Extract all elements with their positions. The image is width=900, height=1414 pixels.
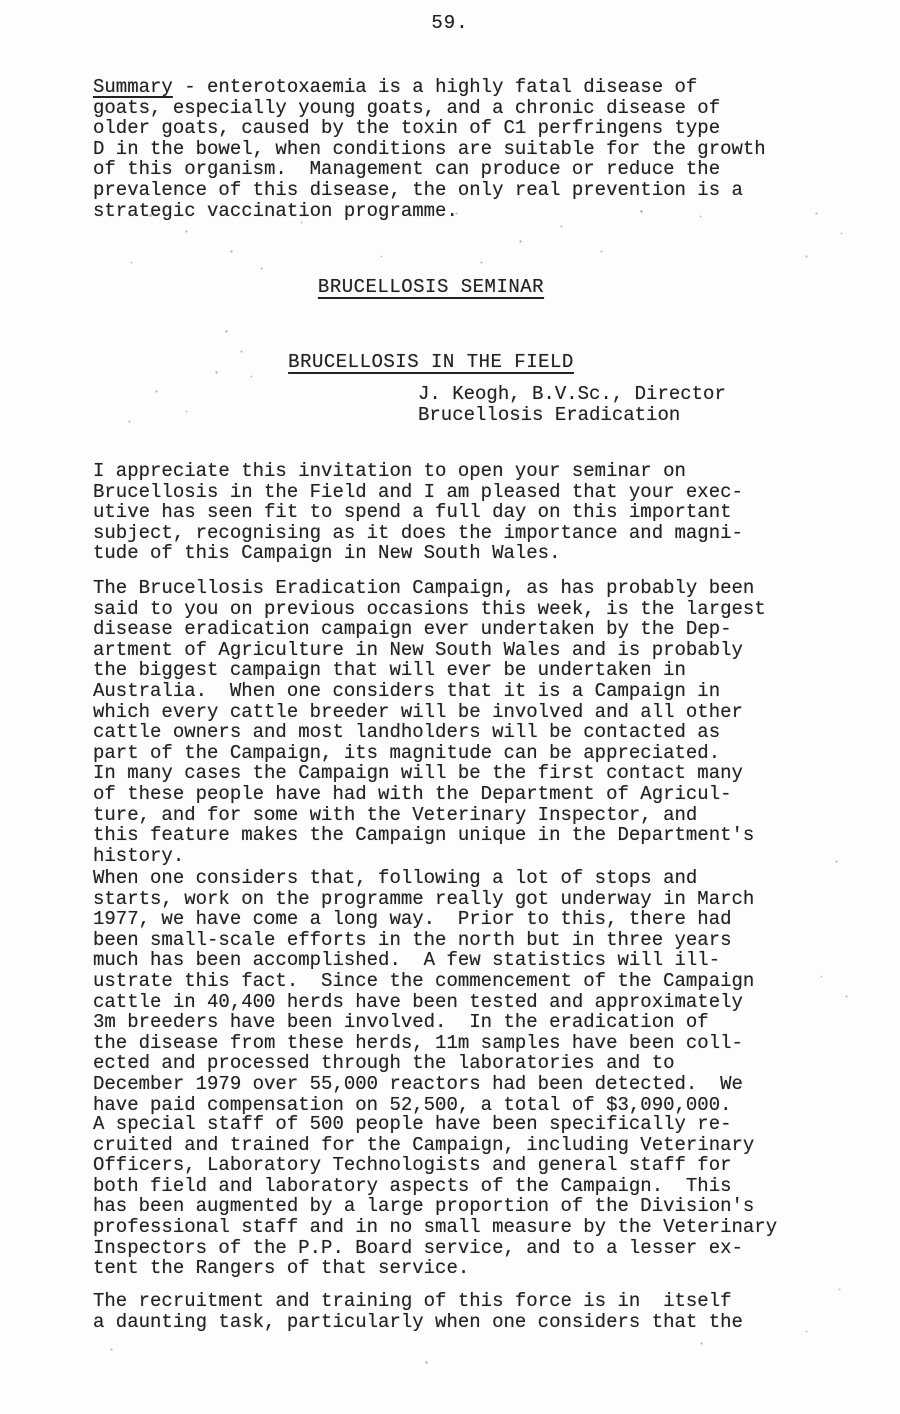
- paragraph-5: The recruitment and training of this for…: [93, 1291, 743, 1332]
- author-byline: J. Keogh, B.V.Sc., Director Brucellosis …: [418, 384, 726, 425]
- paragraph-3: When one considers that, following a lot…: [93, 868, 754, 1115]
- scan-speckle-noise: [0, 0, 1, 1]
- paragraph-1: I appreciate this invitation to open you…: [93, 461, 743, 564]
- document-page: 59. Summary - enterotoxaemia is a highly…: [0, 0, 900, 1414]
- seminar-heading-text: BRUCELLOSIS SEMINAR: [318, 276, 544, 298]
- field-heading: BRUCELLOSIS IN THE FIELD: [93, 352, 769, 373]
- seminar-heading: BRUCELLOSIS SEMINAR: [93, 277, 769, 298]
- summary-paragraph: Summary - enterotoxaemia is a highly fat…: [93, 77, 766, 221]
- field-heading-text: BRUCELLOSIS IN THE FIELD: [288, 351, 574, 373]
- summary-label: Summary: [93, 76, 173, 98]
- author-name-title: J. Keogh, B.V.Sc., Director: [418, 384, 726, 405]
- page-number: 59.: [0, 13, 900, 34]
- paragraph-4: A special staff of 500 people have been …: [93, 1114, 777, 1279]
- summary-text: - enterotoxaemia is a highly fatal disea…: [93, 76, 766, 222]
- author-department: Brucellosis Eradication: [418, 405, 726, 426]
- paragraph-2: The Brucellosis Eradication Campaign, as…: [93, 578, 766, 866]
